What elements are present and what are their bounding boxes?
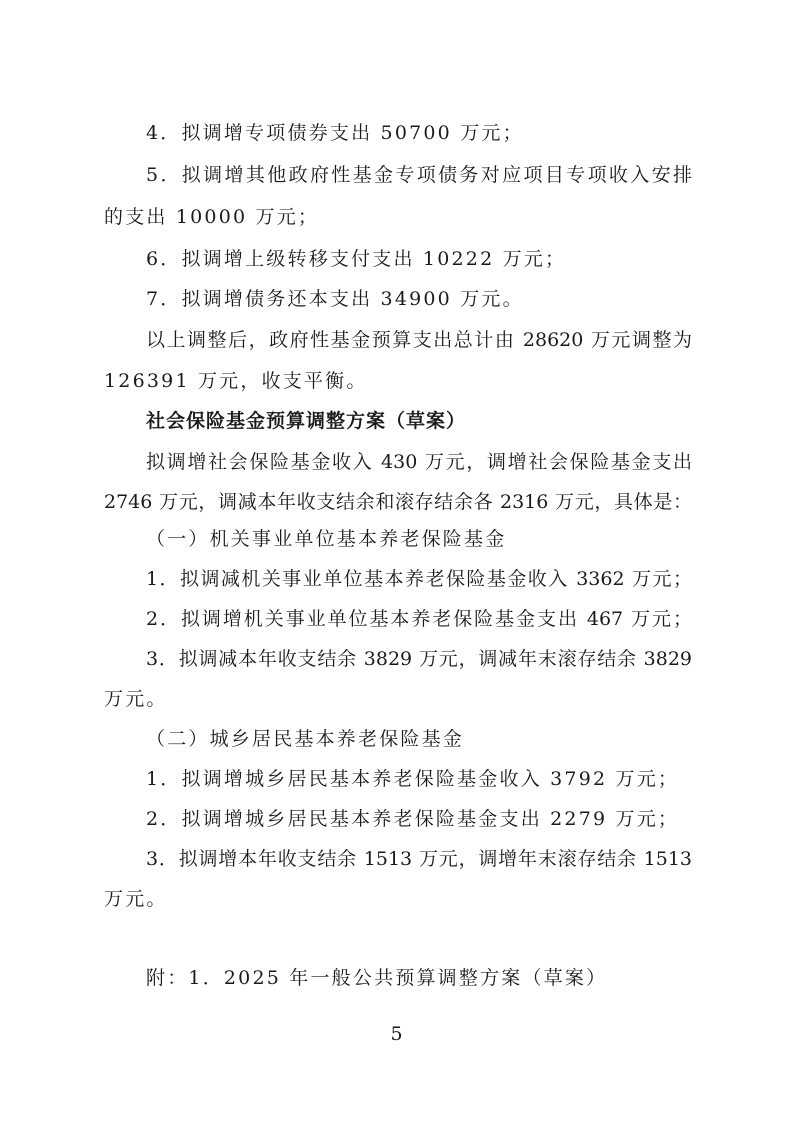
paragraph-item-6: 6．拟调增上级转移支付支出 10222 万元； <box>146 247 692 271</box>
subsection-heading-1: （一）机关事业单位基本养老保险基金 <box>146 527 692 551</box>
subsection-2-item-3-continued: 万元。 <box>104 887 692 911</box>
paragraph-summary-continued: 126391 万元，收支平衡。 <box>104 369 692 393</box>
subsection-1-item-2: 2．拟调增机关事业单位基本养老保险基金支出 467 万元； <box>146 607 692 631</box>
paragraph-summary: 以上调整后，政府性基金预算支出总计由 28620 万元调整为 <box>146 328 692 352</box>
paragraph-item-5: 5．拟调增其他政府性基金专项债务对应项目专项收入安排 <box>146 163 692 187</box>
paragraph-intro: 拟调增社会保险基金收入 430 万元，调增社会保险基金支出 <box>146 450 692 474</box>
subsection-heading-2: （二）城乡居民基本养老保险基金 <box>146 727 692 751</box>
section-heading: 社会保险基金预算调整方案（草案） <box>146 409 692 433</box>
paragraph-item-4: 4．拟调增专项债券支出 50700 万元； <box>146 121 692 145</box>
paragraph-intro-continued: 2746 万元，调减本年收支结余和滚存结余各 2316 万元，具体是： <box>104 490 692 514</box>
subsection-1-item-1: 1．拟调减机关事业单位基本养老保险基金收入 3362 万元； <box>146 567 692 591</box>
subsection-2-item-2: 2．拟调增城乡居民基本养老保险基金支出 2279 万元； <box>146 807 692 831</box>
subsection-2-item-1: 1．拟调增城乡居民基本养老保险基金收入 3792 万元； <box>146 767 692 791</box>
paragraph-item-7: 7．拟调增债务还本支出 34900 万元。 <box>146 287 692 311</box>
subsection-1-item-3-continued: 万元。 <box>104 687 692 711</box>
appendix-line: 附：1．2025 年一般公共预算调整方案（草案） <box>146 966 692 990</box>
paragraph-item-5-continued: 的支出 10000 万元； <box>104 205 692 229</box>
page-number: 5 <box>0 1022 793 1046</box>
subsection-1-item-3: 3．拟调减本年收支结余 3829 万元，调减年末滚存结余 3829 <box>146 647 692 671</box>
subsection-2-item-3: 3．拟调增本年收支结余 1513 万元，调增年末滚存结余 1513 <box>146 847 692 871</box>
